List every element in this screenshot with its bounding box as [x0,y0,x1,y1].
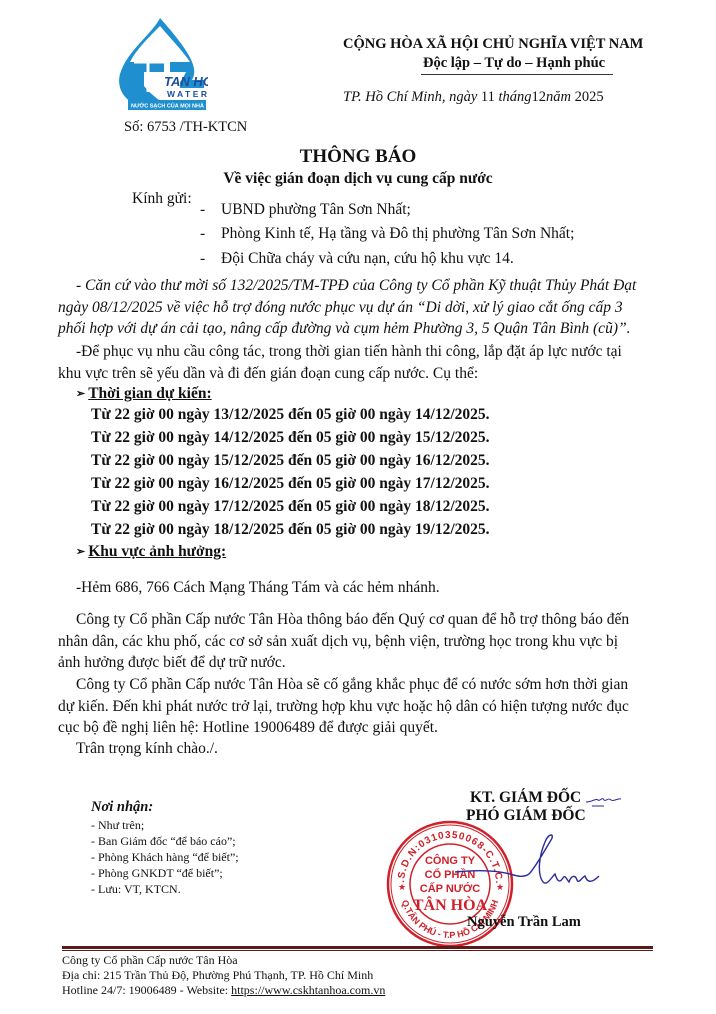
area-text: -Hẻm 686, 766 Cách Mạng Tháng Tám và các… [58,577,658,599]
schedule-item: Từ 22 giờ 00 ngày 14/12/2025 đến 05 giờ … [91,429,490,447]
footer-divider-thin [62,950,653,951]
notice-paragraph: Công ty Cổ phần Cấp nước Tân Hòa thông b… [58,609,658,674]
footer-company: Công ty Cổ phần Cấp nước Tân Hòa [62,953,238,968]
signer-name: Nguyễn Trần Lam [467,914,581,931]
schedule-item: Từ 22 giờ 00 ngày 16/12/2025 đến 05 giờ … [91,475,490,493]
svg-text:★: ★ [398,882,406,892]
purpose-paragraph: -Để phục vụ nhu cầu công tác, trong thời… [58,341,658,384]
dateline: TP. Hồ Chí Minh, ngày 11 tháng12năm 2025 [343,89,604,106]
recipient-item: - Phòng Khách hàng “để biết”; [91,850,239,865]
effort-paragraph: Công ty Cổ phần Cấp nước Tân Hòa sẽ cố g… [58,674,658,739]
recipients-title: Nơi nhận: [91,799,153,816]
handwritten-signature [455,830,615,905]
arrow-bullet-icon: ➢ [76,388,85,400]
schedule-item: Từ 22 giờ 00 ngày 15/12/2025 đến 05 giờ … [91,452,490,470]
tan-hoa-water-logo: TAN HOA WATER NƯỚC SẠCH CỦA MỌI NHÀ [112,16,208,112]
recipient-item: - Ban Giám đốc “để báo cáo”; [91,834,236,849]
addressee-item: -Đội Chữa cháy và cứu nạn, cứu hộ khu vự… [200,250,514,268]
addressee-item: -UBND phường Tân Sơn Nhất; [200,201,411,219]
svg-text:WATER: WATER [167,89,208,99]
basis-paragraph: - Căn cứ vào thư mời số 132/2025/TM-TPĐ … [58,275,658,340]
signer-role-1: KT. GIÁM ĐỐC [470,789,581,807]
svg-text:NƯỚC SẠCH CỦA MỌI NHÀ: NƯỚC SẠCH CỦA MỌI NHÀ [131,102,204,110]
recipient-item: - Lưu: VT, KTCN. [91,882,181,897]
addressee-label: Kính gửi: [132,190,192,208]
area-heading: ➢Khu vực ảnh hưởng: [76,543,226,561]
footer-contact: Hotline 24/7: 19006489 - Website: https:… [62,983,385,998]
recipient-item: - Phòng GNKDT “để biết”; [91,866,223,881]
recipient-item: - Như trên; [91,818,144,833]
national-title: CỘNG HÒA XÃ HỘI CHỦ NGHĨA VIỆT NAM [343,36,643,53]
document-number: Số: 6753 /TH-KTCN [124,119,247,136]
addressee-item: -Phòng Kinh tế, Hạ tầng và Đô thị phường… [200,225,574,243]
initials-scribble-icon [584,790,624,810]
footer-address: Địa chỉ: 215 Trần Thủ Độ, Phường Phú Thạ… [62,968,373,983]
schedule-item: Từ 22 giờ 00 ngày 13/12/2025 đến 05 giờ … [91,406,490,424]
footer-divider [62,946,653,949]
website-link[interactable]: https://www.cskhtanhoa.com.vn [231,983,385,997]
closing: Trân trọng kính chào./. [58,738,658,760]
motto-underline [421,74,613,75]
schedule-heading: ➢Thời gian dự kiến: [76,385,212,403]
document-subtitle: Về việc gián đoạn dịch vụ cung cấp nước [0,170,716,188]
arrow-bullet-icon: ➢ [76,546,85,558]
schedule-item: Từ 22 giờ 00 ngày 18/12/2025 đến 05 giờ … [91,521,490,539]
svg-text:TAN HOA: TAN HOA [164,74,208,89]
document-title: THÔNG BÁO [0,146,716,168]
national-motto: Độc lập – Tự do – Hạnh phúc [423,55,605,72]
schedule-item: Từ 22 giờ 00 ngày 17/12/2025 đến 05 giờ … [91,498,490,516]
